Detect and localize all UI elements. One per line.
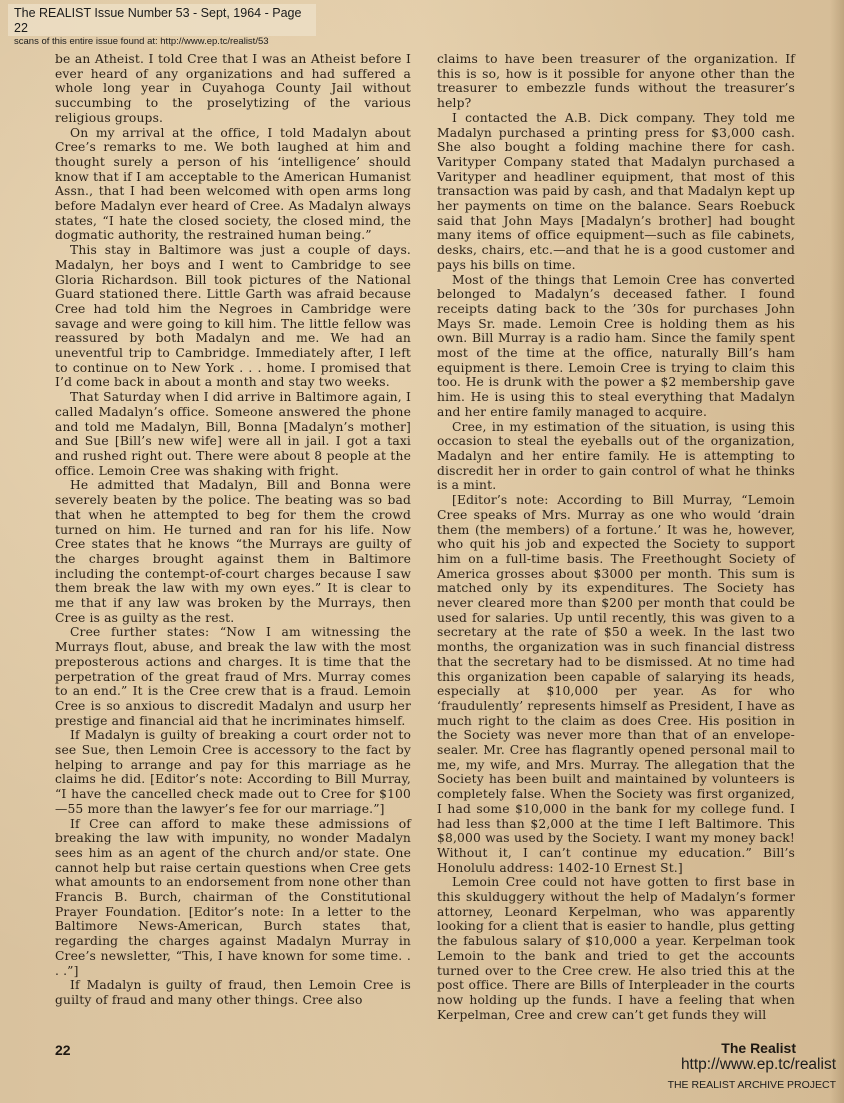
issue-title: The REALIST Issue Number 53 - Sept, 1964… bbox=[14, 6, 310, 36]
paragraph: That Saturday when I did arrive in Balti… bbox=[55, 390, 411, 478]
paragraph: Most of the things that Lemoin Cree has … bbox=[437, 273, 795, 420]
paragraph: Lemoin Cree could not have gotten to fir… bbox=[437, 875, 795, 1022]
paragraph: I contacted the A.B. Dick company. They … bbox=[437, 111, 795, 273]
paragraph: be an Atheist. I told Cree that I was an… bbox=[55, 52, 411, 126]
paragraph: Cree, in my estimation of the situation,… bbox=[437, 420, 795, 494]
paragraph: claims to have been treasurer of the org… bbox=[437, 52, 795, 111]
right-column: claims to have been treasurer of the org… bbox=[437, 52, 795, 1022]
left-column: be an Atheist. I told Cree that I was an… bbox=[55, 52, 411, 1008]
paragraph: This stay in Baltimore was just a couple… bbox=[55, 243, 411, 390]
paragraph: If Madalyn is guilty of fraud, then Lemo… bbox=[55, 978, 411, 1007]
paragraph: On my arrival at the office, I told Mada… bbox=[55, 126, 411, 244]
editors-note: [Editor’s note: According to Bill Murray… bbox=[437, 493, 795, 875]
paragraph: Cree further states: “Now I am witnessin… bbox=[55, 625, 411, 728]
page-edge-shadow bbox=[830, 0, 844, 1103]
paragraph: If Madalyn is guilty of breaking a court… bbox=[55, 728, 411, 816]
scan-source-note: scans of this entire issue found at: htt… bbox=[14, 36, 310, 48]
archive-project-label: THE REALIST ARCHIVE PROJECT bbox=[668, 1079, 836, 1091]
masthead: The Realist bbox=[721, 1040, 796, 1056]
paragraph: If Cree can afford to make these admissi… bbox=[55, 817, 411, 979]
archive-header: The REALIST Issue Number 53 - Sept, 1964… bbox=[8, 4, 316, 36]
paragraph: He admitted that Madalyn, Bill and Bonna… bbox=[55, 478, 411, 625]
archive-url[interactable]: http://www.ep.tc/realist bbox=[681, 1056, 836, 1074]
page-number: 22 bbox=[55, 1042, 71, 1058]
